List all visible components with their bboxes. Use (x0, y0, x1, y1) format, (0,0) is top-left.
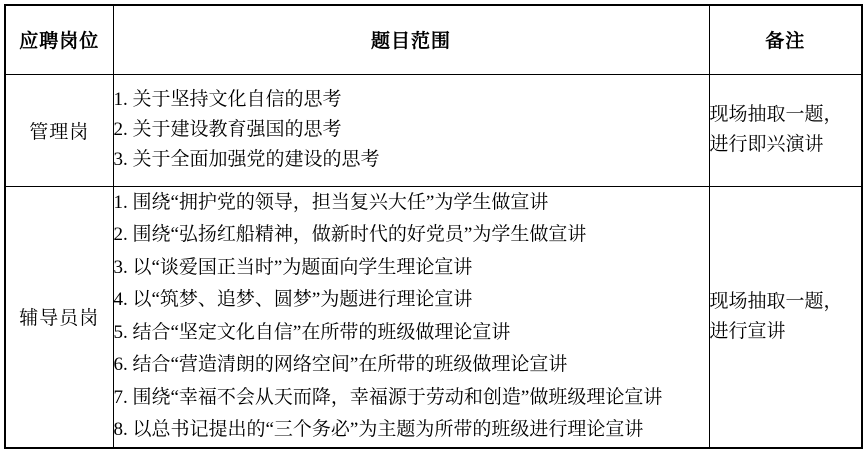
topics-cell-management: 1. 关于坚持文化自信的思考2. 关于建设教育强国的思考3. 关于全面加强党的建… (113, 74, 709, 186)
document-page: 应聘岗位 题目范围 备注 管理岗 1. 关于坚持文化自信的思考2. 关于建设教育… (0, 0, 867, 453)
remark-line: 现场抽取一题， (710, 100, 862, 130)
topic-list-management: 1. 关于坚持文化自信的思考2. 关于建设教育强国的思考3. 关于全面加强党的建… (114, 85, 709, 175)
topic-line: 8. 以总书记提出的“三个务必”为主题为所带的班级进行理论宣讲 (114, 414, 709, 447)
topic-line: 1. 关于坚持文化自信的思考 (114, 85, 709, 115)
remark-line: 进行宣讲 (710, 317, 862, 347)
position-cell-management: 管理岗 (5, 74, 113, 186)
topic-list-counselor: 1. 围绕“拥护党的领导，担当复兴大任”为学生做宣讲2. 围绕“弘扬红船精神，做… (114, 187, 709, 447)
recruitment-topics-table: 应聘岗位 题目范围 备注 管理岗 1. 关于坚持文化自信的思考2. 关于建设教育… (4, 4, 863, 449)
topic-line: 4. 以“筑梦、追梦、圆梦”为题进行理论宣讲 (114, 284, 709, 317)
remark-line: 进行即兴演讲 (710, 130, 862, 160)
remark-line: 现场抽取一题， (710, 287, 862, 317)
remark-cell-management: 现场抽取一题，进行即兴演讲 (709, 74, 862, 186)
header-position: 应聘岗位 (5, 5, 113, 74)
topic-line: 1. 围绕“拥护党的领导，担当复兴大任”为学生做宣讲 (114, 187, 709, 220)
table-row-counselor: 辅导员岗 1. 围绕“拥护党的领导，担当复兴大任”为学生做宣讲2. 围绕“弘扬红… (5, 186, 862, 448)
position-cell-counselor: 辅导员岗 (5, 186, 113, 448)
topics-cell-counselor: 1. 围绕“拥护党的领导，担当复兴大任”为学生做宣讲2. 围绕“弘扬红船精神，做… (113, 186, 709, 448)
header-topic-range: 题目范围 (113, 5, 709, 74)
remark-management: 现场抽取一题，进行即兴演讲 (710, 100, 862, 160)
topic-line: 5. 结合“坚定文化自信”在所带的班级做理论宣讲 (114, 317, 709, 350)
topic-line: 2. 围绕“弘扬红船精神，做新时代的好党员”为学生做宣讲 (114, 219, 709, 252)
topic-line: 7. 围绕“幸福不会从天而降，幸福源于劳动和创造”做班级理论宣讲 (114, 382, 709, 415)
remark-cell-counselor: 现场抽取一题，进行宣讲 (709, 186, 862, 448)
table-row-management: 管理岗 1. 关于坚持文化自信的思考2. 关于建设教育强国的思考3. 关于全面加… (5, 74, 862, 186)
topic-line: 3. 以“谈爱国正当时”为题面向学生理论宣讲 (114, 252, 709, 285)
topic-line: 6. 结合“营造清朗的网络空间”在所带的班级做理论宣讲 (114, 349, 709, 382)
topic-line: 2. 关于建设教育强国的思考 (114, 115, 709, 145)
header-remarks: 备注 (709, 5, 862, 74)
table-header-row: 应聘岗位 题目范围 备注 (5, 5, 862, 74)
topic-line: 3. 关于全面加强党的建设的思考 (114, 145, 709, 175)
remark-counselor: 现场抽取一题，进行宣讲 (710, 287, 862, 347)
